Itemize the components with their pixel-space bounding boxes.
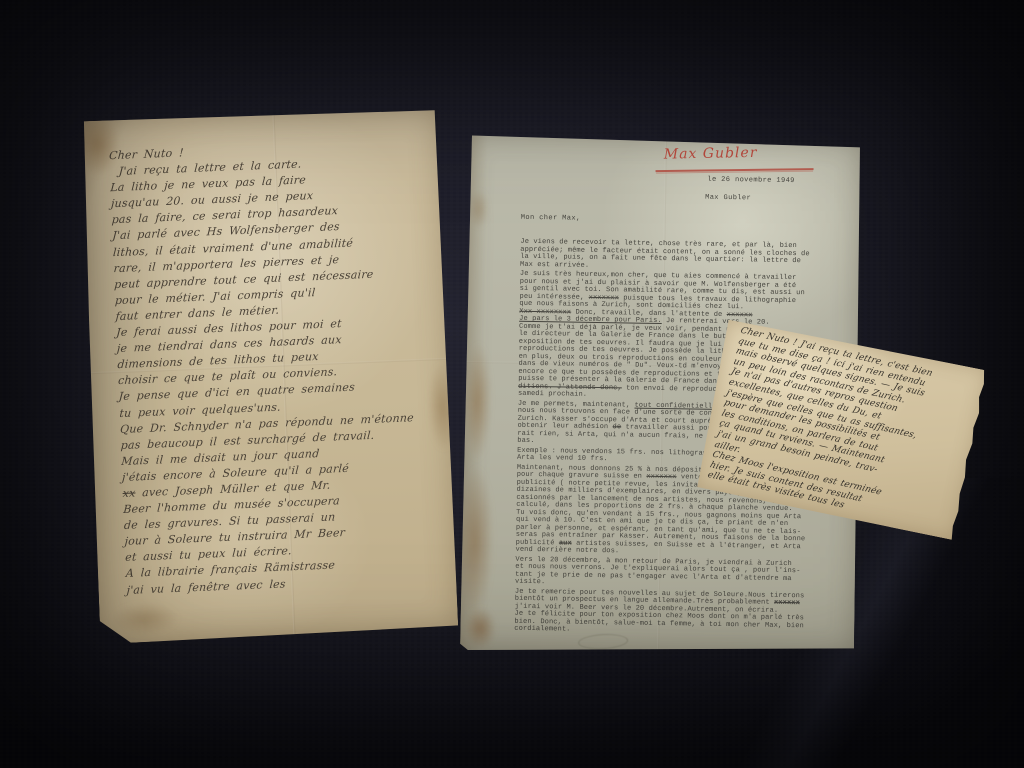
typed-paragraph: Vers le 20 décembre, à mon retour de Par…: [515, 556, 849, 591]
photo-of-letters: Cher Nuto !J'ai reçu ta lettre et la car…: [0, 0, 1024, 768]
salutation: Mon cher Max,: [521, 214, 581, 223]
handwritten-text: Cher Nuto !J'ai reçu ta lettre et la car…: [109, 135, 445, 598]
typed-paragraph: Je te remercie pour tes nouvelles au suj…: [514, 588, 849, 638]
red-ink-annotation: Max Gubler: [664, 145, 758, 163]
letter-date: le 26 novembre 1949: [707, 176, 795, 185]
sender-name: Max Gubler: [705, 194, 751, 203]
typed-paragraph: Je viens de recevoir ta lettre, chose tr…: [520, 239, 854, 274]
handwritten-letter-page: Cher Nuto !J'ai reçu ta lettre et la car…: [80, 107, 459, 644]
